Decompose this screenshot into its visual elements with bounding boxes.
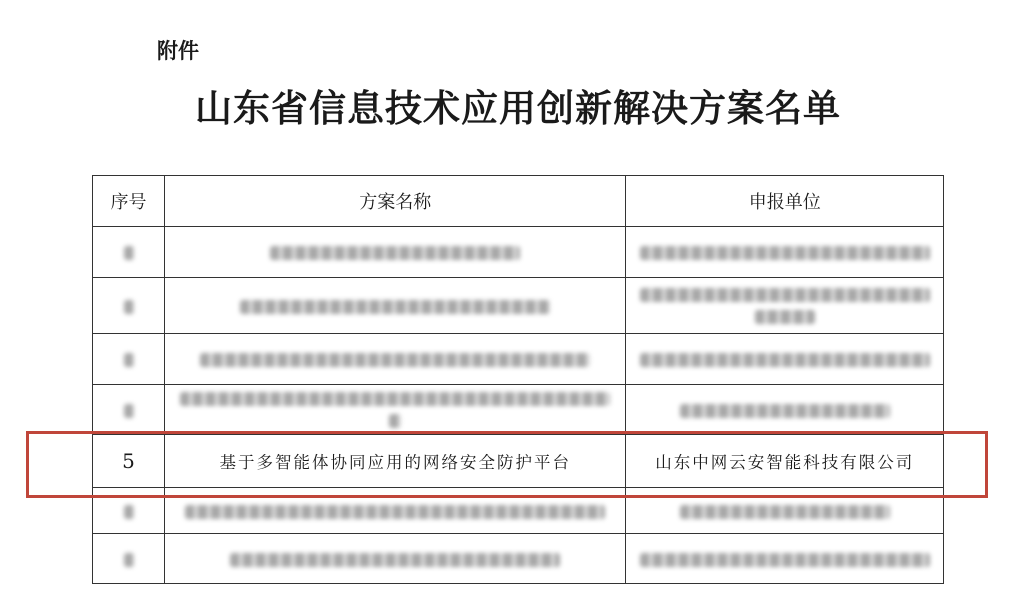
header-applicant-unit: 申报单位 (626, 176, 944, 227)
row-unit-redacted (626, 488, 944, 534)
header-index: 序号 (93, 176, 165, 227)
table-row (93, 385, 944, 435)
table-row-highlighted: 5 基于多智能体协同应用的网络安全防护平台 山东中网云安智能科技有限公司 (93, 435, 944, 488)
row-index-redacted (93, 278, 165, 334)
row-name-redacted (165, 534, 626, 584)
header-solution-name: 方案名称 (165, 176, 626, 227)
row-index-redacted (93, 227, 165, 278)
row-index: 5 (93, 435, 165, 488)
row-name-redacted (165, 278, 626, 334)
table-row (93, 278, 944, 334)
table-row (93, 488, 944, 534)
row-name-redacted (165, 385, 626, 435)
row-index-redacted (93, 334, 165, 385)
row-solution-name: 基于多智能体协同应用的网络安全防护平台 (165, 435, 626, 488)
row-applicant-unit: 山东中网云安智能科技有限公司 (626, 435, 944, 488)
solutions-table: 序号 方案名称 申报单位 5 基于多智能体协同应用的网络安全防护平台 山东中网云… (92, 175, 944, 584)
row-name-redacted (165, 488, 626, 534)
row-index-redacted (93, 385, 165, 435)
row-unit-redacted (626, 385, 944, 435)
row-name-redacted (165, 227, 626, 278)
row-unit-redacted (626, 334, 944, 385)
row-name-redacted (165, 334, 626, 385)
attachment-label: 附件 (157, 35, 199, 65)
row-unit-redacted (626, 534, 944, 584)
document-title: 山东省信息技术应用创新解决方案名单 (0, 78, 1036, 132)
row-index-redacted (93, 488, 165, 534)
row-unit-redacted (626, 278, 944, 334)
table-row (93, 334, 944, 385)
table-header-row: 序号 方案名称 申报单位 (93, 176, 944, 227)
table-row (93, 227, 944, 278)
table-row (93, 534, 944, 584)
row-unit-redacted (626, 227, 944, 278)
row-index-redacted (93, 534, 165, 584)
